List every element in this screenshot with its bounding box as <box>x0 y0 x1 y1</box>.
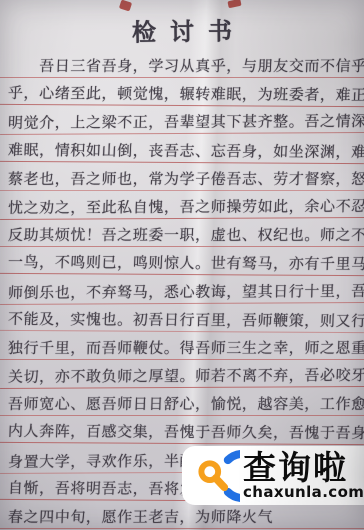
handwriting-line-text: 关切，亦不敢负师之厚望。师若不离不弃，吾必咬牙奋起，愿吾 <box>8 364 364 387</box>
watermark-domain: chaxunla.com <box>243 485 364 500</box>
handwriting-line-text: 吾师宽心、愿吾师日日舒心，愉悦，越容美，工作愈快，莫让鬼 <box>8 393 364 414</box>
handwriting-line-text: 不能及，实愧也。初吾日行百里，吾师鞭策，则又行百里。回首 <box>8 308 364 332</box>
page-title: 检讨书 <box>0 9 364 49</box>
watermark-brand-name: 查询啦 <box>243 451 364 484</box>
handwriting-line: 明觉介，上之梁不正，吾辈望其下甚齐整。吾之情深入髓，难 <box>0 105 364 135</box>
watermark-badge: 查询啦 chaxunla.com <box>182 446 364 505</box>
handwriting-line: 忧之劝之，至此私自愧，吾之师操劳如此，余心不忍，反添 <box>0 190 364 220</box>
paper-edge-red-mark <box>227 0 241 8</box>
handwriting-line-text: 一鸟，不鸣则已，鸣则惊人。世有驽马，亦有千里马，优者独先则 <box>8 251 364 275</box>
handwriting-line: 吾师宽心、愿吾师日日舒心，愉悦，越容美，工作愈快，莫让鬼 <box>0 388 364 416</box>
handwriting-line: 蔡老也，吾之师也，常为学子倦吾志、劳才督察，怒其情若 <box>0 163 364 191</box>
handwriting-line-text: 明觉介，上之梁不正，吾辈望其下甚齐整。吾之情深入髓，难 <box>8 110 364 133</box>
handwriting-line: 不能及，实愧也。初吾日行百里，吾师鞭策，则又行百里。回首 <box>0 303 364 333</box>
handwriting-line-text: 吾日三省吾身，学习从真乎，与朋友交而不信乎？工作 <box>8 55 364 76</box>
handwriting-line: 独行千里，而吾师鞭仗。得吾师三生之幸，师之恩重，涓涓如 <box>0 332 364 360</box>
handwriting-line-text: 难眠，情积如山倒，丧吾志、忘吾身，如坐深渊，难自拔 <box>8 139 364 162</box>
handwriting-line: 难眠，情积如山倒，丧吾志、忘吾身，如坐深渊，难自拔 <box>0 133 364 163</box>
handwriting-line-text: 春之四中旬，愿作王老吉，为师降火气 <box>8 506 274 527</box>
handwriting-line: 关切，亦不敢负师之厚望。师若不离不弃，吾必咬牙奋起，愿吾 <box>0 359 364 389</box>
handwriting-line: 一鸟，不鸣则已，鸣则惊人。世有驽马，亦有千里马，优者独先则 <box>0 246 364 276</box>
handwriting-line-text: 师倒乐也，不弃驽马，悉心教诲，望其日行十里，吾驽马也，虽 <box>8 279 364 302</box>
handwriting-line-text: 独行千里，而吾师鞭仗。得吾师三生之幸，师之恩重，涓涓如 <box>8 337 364 358</box>
watermark-text-block: 查询啦 chaxunla.com <box>243 451 364 500</box>
handwriting-line-text: 蔡老也，吾之师也，常为学子倦吾志、劳才督察，怒其情若 <box>8 168 364 189</box>
photo-of-handwritten-letter: 检讨书 吾日三省吾身，学习从真乎，与朋友交而不信乎？工作乎，心绪至此，顿觉愧，辗… <box>0 0 364 530</box>
handwriting-line-text: 忧之劝之，至此私自愧，吾之师操劳如此，余心不忍，反添 <box>8 195 364 218</box>
handwriting-line: 吾日三省吾身，学习从真乎，与朋友交而不信乎？工作 <box>0 50 364 78</box>
magnifier-logo-icon <box>186 449 240 503</box>
handwriting-line: 乎，心绪至此，顿觉愧，辗转难眠，为班委者，难正其身 <box>0 77 364 107</box>
handwriting-line: 内人奔阵，百感交集，吾愧于吾师久矣，吾愧于吾身久矣，吾愧于 <box>0 415 364 445</box>
handwriting-line-text: 反助其烦忧！吾之班委一职，虚也、权纪也。师之不弃，学子亦 <box>8 224 364 245</box>
handwriting-line-text: 乎，心绪至此，顿觉愧，辗转难眠，为班委者，难正其身 <box>8 82 364 105</box>
paper-edge-red-mark <box>119 0 132 11</box>
handwriting-line: 春之四中旬，愿作王老吉，为师降火气 <box>0 501 364 529</box>
handwriting-line: 师倒乐也，不弃驽马，悉心教诲，望其日行十里，吾驽马也，虽 <box>0 275 364 305</box>
handwriting-line-text: 内人奔阵，百感交集，吾愧于吾师久矣，吾愧于吾身久矣，吾愧于 <box>8 421 364 445</box>
handwriting-line: 反助其烦忧！吾之班委一职，虚也、权纪也。师之不弃，学子亦 <box>0 219 364 247</box>
